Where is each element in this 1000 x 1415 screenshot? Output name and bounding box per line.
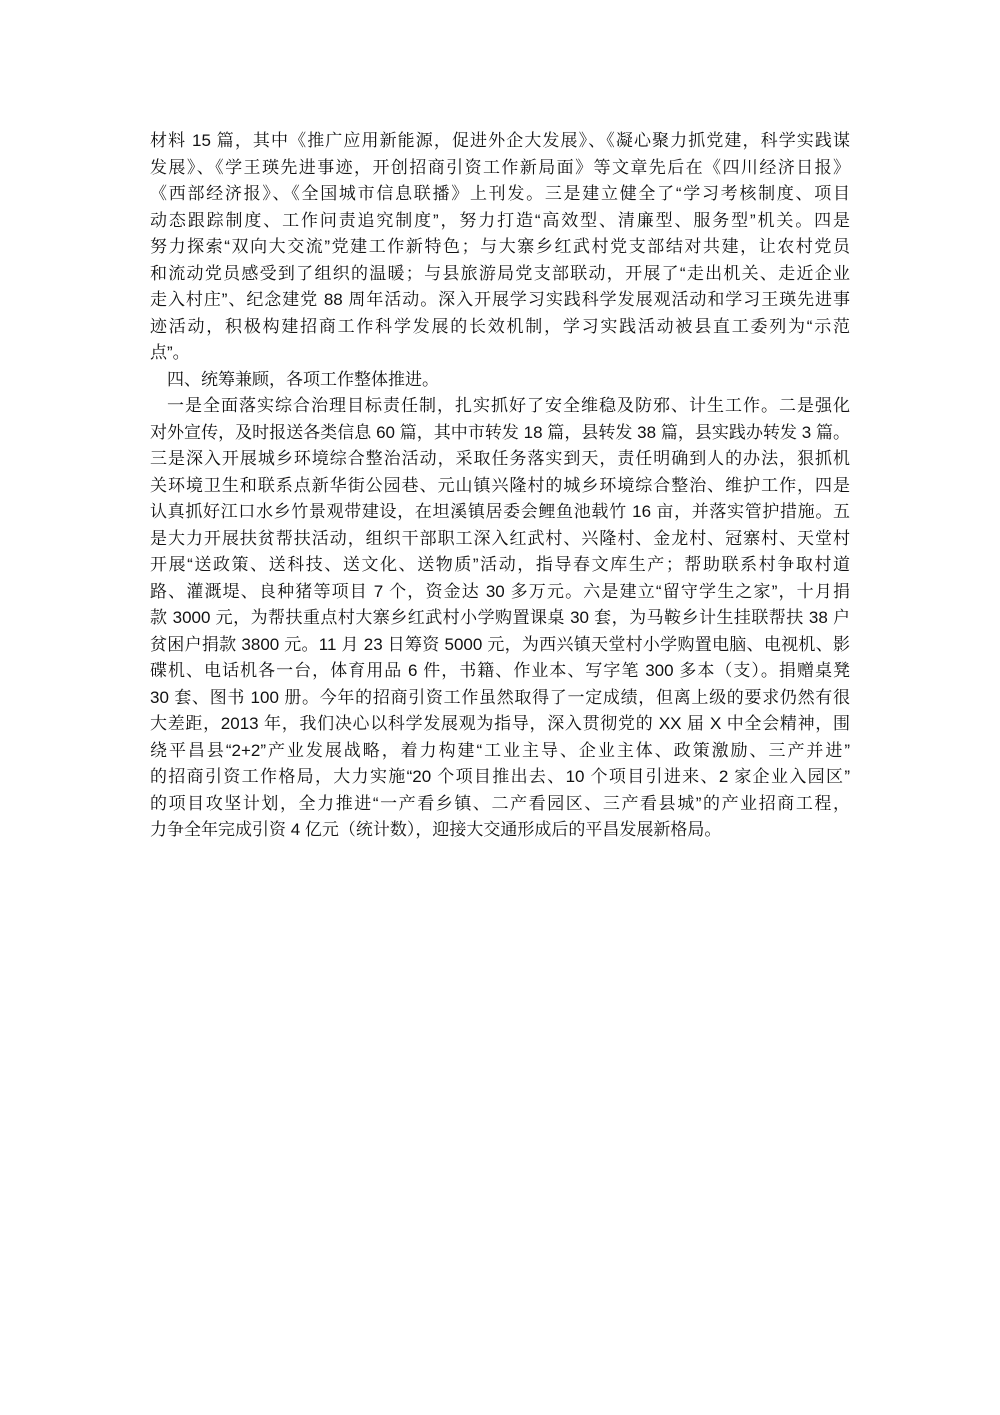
text-line: 发展》、《学王瑛先进事迹，开创招商引资工作新局面》等文章先后在《四川经济日报》 xyxy=(150,155,850,182)
paragraph-first-line: 一是全面落实综合治理目标责任制，扎实抓好了安全维稳及防邪、计生工作。二是强化 xyxy=(150,393,850,420)
text-line: 关环境卫生和联系点新华街公园巷、元山镇兴隆村的城乡环境综合整治、维护工作，四是 xyxy=(150,473,850,500)
text-line: 对外宣传，及时报送各类信息 60 篇，其中市转发 18 篇，县转发 38 篇，县… xyxy=(150,420,850,447)
text-line: 动态跟踪制度、工作问责追究制度”，努力打造“高效型、清廉型、服务型”机关。四是 xyxy=(150,208,850,235)
text-line: 努力探索“双向大交流”党建工作新特色；与大寨乡红武村党支部结对共建，让农村党员 xyxy=(150,234,850,261)
text-line-paragraph-end: 力争全年完成引资 4 亿元（统计数），迎接大交通形成后的平昌发展新格局。 xyxy=(150,817,850,844)
text-line: 款 3000 元，为帮扶重点村大寨乡红武村小学购置课桌 30 套，为马鞍乡计生挂… xyxy=(150,605,850,632)
section-heading-line: 四、统筹兼顾，各项工作整体推进。 xyxy=(150,367,850,394)
text-line-paragraph-end: 点”。 xyxy=(150,340,850,367)
text-line: 三是深入开展城乡环境综合整治活动，采取任务落实到天，责任明确到人的办法，狠抓机 xyxy=(150,446,850,473)
text-line: 碟机、电话机各一台，体育用品 6 件，书籍、作业本、写字笔 300 多本（支）。… xyxy=(150,658,850,685)
text-line: 《西部经济报》、《全国城市信息联播》上刊发。三是建立健全了“学习考核制度、项目 xyxy=(150,181,850,208)
document-text-block: 材料 15 篇，其中《推广应用新能源，促进外企大发展》、《凝心聚力抓党建，科学实… xyxy=(150,128,850,844)
text-line: 绕平昌县“2+2”产业发展战略，着力构建“工业主导、企业主体、政策激励、三产并进… xyxy=(150,738,850,765)
document-page: 材料 15 篇，其中《推广应用新能源，促进外企大发展》、《凝心聚力抓党建，科学实… xyxy=(0,0,1000,1415)
text-line: 是大力开展扶贫帮扶活动，组织干部职工深入红武村、兴隆村、金龙村、冠寨村、天堂村 xyxy=(150,526,850,553)
text-line: 和流动党员感受到了组织的温暖；与县旅游局党支部联动，开展了“走出机关、走近企业 xyxy=(150,261,850,288)
text-line: 的招商引资工作格局，大力实施“20 个项目推出去、10 个项目引进来、2 家企业… xyxy=(150,764,850,791)
text-line: 路、灌溉堤、良种猪等项目 7 个，资金达 30 多万元。六是建立“留守学生之家”… xyxy=(150,579,850,606)
text-line: 贫困户捐款 3800 元。11 月 23 日筹资 5000 元，为西兴镇天堂村小… xyxy=(150,632,850,659)
text-line: 认真抓好江口水乡竹景观带建设，在坦溪镇居委会鲤鱼池载竹 16 亩，并落实管护措施… xyxy=(150,499,850,526)
text-line: 的项目攻坚计划，全力推进“一产看乡镇、二产看园区、三产看县城”的产业招商工程， xyxy=(150,791,850,818)
text-line: 开展“送政策、送科技、送文化、送物质”活动，指导春文库生产；帮助联系村争取村道 xyxy=(150,552,850,579)
text-line: 走入村庄”、纪念建党 88 周年活动。深入开展学习实践科学发展观活动和学习王瑛先… xyxy=(150,287,850,314)
text-line: 30 套、图书 100 册。今年的招商引资工作虽然取得了一定成绩，但离上级的要求… xyxy=(150,685,850,712)
text-line: 迹活动，积极构建招商工作科学发展的长效机制，学习实践活动被县直工委列为“示范 xyxy=(150,314,850,341)
text-line: 材料 15 篇，其中《推广应用新能源，促进外企大发展》、《凝心聚力抓党建，科学实… xyxy=(150,128,850,155)
text-line: 大差距，2013 年，我们决心以科学发展观为指导，深入贯彻党的 XX 届 X 中… xyxy=(150,711,850,738)
